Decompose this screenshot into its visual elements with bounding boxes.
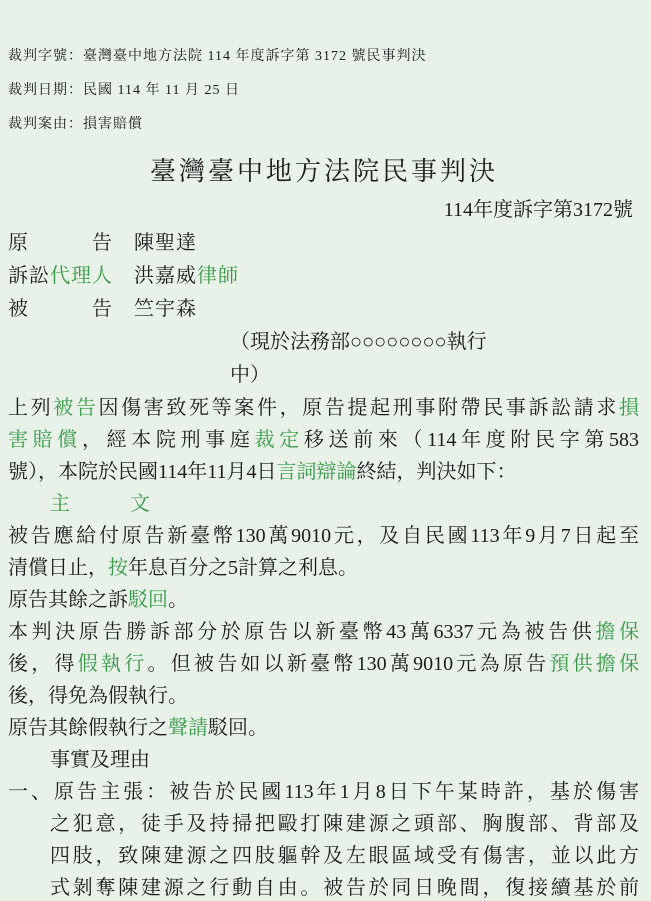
text-segment: 本判決原告勝訴部分於原告以新臺幣43萬6337元為被告供 bbox=[8, 621, 595, 643]
main-text-line: 後，得假執行。但被告如以新臺幣130萬9010元為原告預供擔保 bbox=[8, 648, 639, 680]
text-segment: 臺灣臺中地方法院民事判決 bbox=[150, 157, 498, 186]
detention-note: （現於法務部○○○○○○○○執行 bbox=[230, 326, 639, 359]
text-segment: 中） bbox=[230, 364, 270, 386]
intro-line: 號），本院於民國114年11月4日言詞辯論終結，判決如下： bbox=[8, 456, 639, 488]
main-text-line: 清償日止，按年息百分之5計算之利息。 bbox=[8, 552, 639, 584]
text-segment: 。 bbox=[168, 589, 188, 611]
facts-line: 之犯意，徒手及持掃把毆打陳建源之頭部、胸腹部、背部及 bbox=[50, 808, 639, 840]
text-segment: 裁判日期：民國 114 年 11 月 25 日 bbox=[8, 83, 240, 98]
text-segment: 原告其餘假執行之 bbox=[8, 717, 168, 739]
text-segment: 後，得免為假執行。 bbox=[8, 685, 188, 707]
facts-line: 式剝奪陳建源之行動自由。被告於同日晚間，復接續基於前 bbox=[50, 872, 639, 901]
text-segment: 四肢，致陳建源之四肢軀幹及左眼區域受有傷害，並以此方 bbox=[50, 845, 639, 867]
legal-term-link[interactable]: 假執行 bbox=[78, 653, 148, 675]
legal-term-link[interactable]: 聲請 bbox=[168, 717, 208, 739]
document-body: 裁判字號：臺灣臺中地方法院 114 年度訴字第 3172 號民事判決裁判日期：民… bbox=[8, 40, 639, 901]
facts-line: 四肢，致陳建源之四肢軀幹及左眼區域受有傷害，並以此方 bbox=[50, 840, 639, 872]
facts-line: 一、原告主張：被告於民國113年1月8日下午某時許，基於傷害 bbox=[8, 776, 639, 808]
main-text-line: 原告其餘之訴駁回。 bbox=[8, 584, 639, 616]
text-segment: 被告應給付原告新臺幣130萬9010元，及自民國113年9月7日起至 bbox=[8, 525, 639, 547]
text-segment: 洪嘉威 bbox=[113, 265, 197, 287]
text-segment: 一、原告主張：被告於民國113年1月8日下午某時許，基於傷害 bbox=[8, 781, 639, 803]
judgment-document-page: 裁判字號：臺灣臺中地方法院 114 年度訴字第 3172 號民事判決裁判日期：民… bbox=[0, 0, 651, 901]
main-text-heading: 主 文 bbox=[50, 488, 639, 520]
text-segment: 年息百分之5計算之利息。 bbox=[128, 557, 358, 579]
party-agent: 訴訟代理人 洪嘉威律師 bbox=[8, 260, 639, 293]
case-number: 114年度訴字第3172號 bbox=[8, 194, 639, 227]
legal-term-link[interactable]: 代理人 bbox=[50, 265, 113, 287]
legal-term-link[interactable]: 損 bbox=[619, 397, 639, 419]
legal-term-link[interactable]: 駁回 bbox=[128, 589, 168, 611]
text-segment: 後，得 bbox=[8, 653, 78, 675]
text-segment: 上列 bbox=[8, 397, 53, 419]
header-date: 裁判日期：民國 114 年 11 月 25 日 bbox=[8, 74, 639, 108]
legal-term-link[interactable]: 預供擔保 bbox=[549, 653, 639, 675]
text-segment: 號），本院於民國114年11月4日 bbox=[8, 461, 277, 483]
header-case-id: 裁判字號：臺灣臺中地方法院 114 年度訴字第 3172 號民事判決 bbox=[8, 40, 639, 74]
main-text-line: 原告其餘假執行之聲請駁回。 bbox=[8, 712, 639, 744]
legal-term-link[interactable]: 主 文 bbox=[50, 493, 150, 515]
header-cause: 裁判案由：損害賠償 bbox=[8, 108, 639, 142]
main-text-line: 被告應給付原告新臺幣130萬9010元，及自民國113年9月7日起至 bbox=[8, 520, 639, 552]
legal-term-link[interactable]: 被告 bbox=[53, 397, 98, 419]
text-segment: 裁判案由：損害賠償 bbox=[8, 117, 143, 132]
facts-heading: 事實及理由 bbox=[50, 744, 639, 776]
text-segment: 被 告 竺宇森 bbox=[8, 298, 197, 320]
text-segment: （現於法務部○○○○○○○○執行 bbox=[230, 331, 487, 353]
text-segment: 原告其餘之訴 bbox=[8, 589, 128, 611]
text-segment: 因傷害致死等案件，原告提起刑事附帶民事訴訟請求 bbox=[99, 397, 619, 419]
text-segment: 裁判字號：臺灣臺中地方法院 114 年度訴字第 3172 號民事判決 bbox=[8, 49, 426, 64]
party-defendant: 被 告 竺宇森 bbox=[8, 293, 639, 326]
judgment-title: 臺灣臺中地方法院民事判決 bbox=[150, 150, 639, 194]
legal-term-link[interactable]: 言詞辯論 bbox=[277, 461, 357, 483]
party-plaintiff: 原 告 陳聖達 bbox=[8, 227, 639, 260]
text-segment: 事實及理由 bbox=[50, 749, 150, 771]
text-segment: 駁回。 bbox=[208, 717, 268, 739]
text-segment: 清償日止， bbox=[8, 557, 108, 579]
text-segment: 移送前來（114年度附民字第583 bbox=[304, 429, 639, 451]
intro-line: 害賠償，經本院刑事庭裁定移送前來（114年度附民字第583 bbox=[8, 424, 639, 456]
main-text-line: 後，得免為假執行。 bbox=[8, 680, 639, 712]
text-segment: ，經本院刑事庭 bbox=[82, 429, 255, 451]
text-segment: 之犯意，徒手及持掃把毆打陳建源之頭部、胸腹部、背部及 bbox=[50, 813, 639, 835]
text-segment: 訴訟 bbox=[8, 265, 50, 287]
legal-term-link[interactable]: 擔保 bbox=[595, 621, 639, 643]
legal-term-link[interactable]: 律師 bbox=[197, 265, 239, 287]
text-segment: 。但被告如以新臺幣130萬9010元為原告 bbox=[147, 653, 549, 675]
main-text-line: 本判決原告勝訴部分於原告以新臺幣43萬6337元為被告供擔保 bbox=[8, 616, 639, 648]
legal-term-link[interactable]: 害賠償 bbox=[8, 429, 82, 451]
text-segment: 終結，判決如下： bbox=[357, 461, 517, 483]
legal-term-link[interactable]: 裁定 bbox=[255, 429, 304, 451]
text-segment: 原 告 陳聖達 bbox=[8, 232, 197, 254]
text-segment: 式剝奪陳建源之行動自由。被告於同日晚間，復接續基於前 bbox=[50, 877, 639, 899]
detention-note: 中） bbox=[230, 359, 639, 392]
intro-line: 上列被告因傷害致死等案件，原告提起刑事附帶民事訴訟請求損 bbox=[8, 392, 639, 424]
legal-term-link[interactable]: 按 bbox=[108, 557, 128, 579]
text-segment: 114年度訴字第3172號 bbox=[444, 199, 633, 221]
